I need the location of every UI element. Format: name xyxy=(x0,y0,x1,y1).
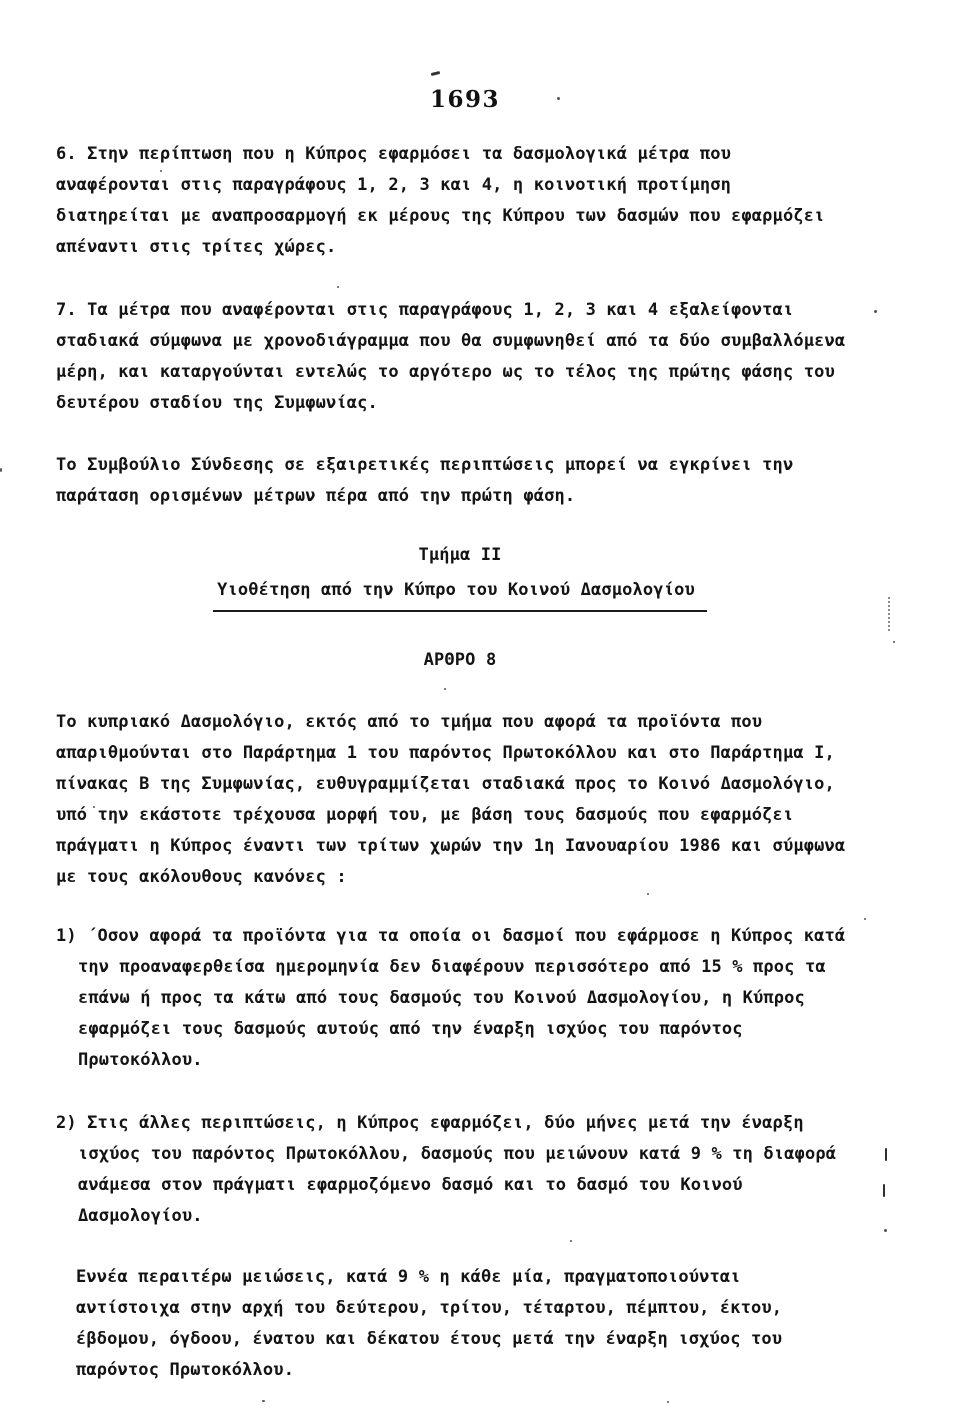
text-line: 7. Τα μέτρα που αναφέρονται στις παραγρά… xyxy=(56,295,845,326)
scan-speckle xyxy=(0,468,2,472)
text-line: πράγματι η Κύπρος έναντι των τρίτων χωρώ… xyxy=(56,831,845,862)
list-item-1: 1) ΄Οσον αφορά τα προϊόντα για τα οποία … xyxy=(56,921,845,1076)
text-line: παρόντος Πρωτοκόλλου. xyxy=(76,1355,782,1386)
article-intro-paragraph: Το κυπριακό Δασμολόγιο, εκτός από το τμή… xyxy=(56,707,845,893)
scan-speckle xyxy=(557,97,560,100)
section-subtitle: Υιοθέτηση από την Κύπρο του Κοινού Δασμο… xyxy=(0,575,920,612)
text-line: απέναντι στις τρίτες χώρες. xyxy=(56,232,824,263)
text-line: δευτέρου σταδίου της Συμφωνίας. xyxy=(56,388,845,419)
scan-dotted-line xyxy=(888,597,890,631)
section-title-text: Τμήμα II xyxy=(418,545,501,565)
text-line: επάνω ή προς τα κάτω από τους δασμούς το… xyxy=(78,983,845,1014)
paragraph-6: 6. Στην περίπτωση που η Κύπρος εφαρμόσει… xyxy=(56,139,824,263)
text-line: εφαρμόζει τους δασμούς αυτούς από την έν… xyxy=(78,1014,845,1045)
scan-tick-mark xyxy=(885,1148,887,1161)
scan-speckle xyxy=(444,688,446,690)
scan-speckle xyxy=(874,310,877,313)
text-line: την προαναφερθείσα ημερομηνία δεν διαφέρ… xyxy=(78,952,845,983)
article-heading-text: ΑΡΘΡΟ 8 xyxy=(424,650,497,670)
council-paragraph: Το Συμβούλιο Σύνδεσης σε εξαιρετικές περ… xyxy=(56,450,793,512)
text-line: παράταση ορισμένων μέτρων πέρα από την π… xyxy=(56,481,793,512)
scanned-document-page: 1693 6. Στην περίπτωση που η Κύπρος εφαρ… xyxy=(0,0,960,1413)
scan-speckle xyxy=(93,806,95,808)
section-title: Τμήμα II xyxy=(0,540,920,571)
text-line: υπό την εκάστοτε τρέχουσα μορφή του, με … xyxy=(56,800,845,831)
text-line: Το Συμβούλιο Σύνδεσης σε εξαιρετικές περ… xyxy=(56,450,793,481)
closing-paragraph: Εννέα περαιτέρω μειώσεις, κατά 9 % η κάθ… xyxy=(76,1262,782,1386)
scan-speckle xyxy=(337,286,339,288)
text-line: αντίστοιχα στην αρχή του δεύτερου, τρίτο… xyxy=(76,1293,782,1324)
text-line: με τους ακόλουθους κανόνες : xyxy=(56,862,845,893)
text-line: απαριθμούνται στο Παράρτημα 1 του παρόντ… xyxy=(56,738,845,769)
text-line: πίνακας Β της Συμφωνίας, ευθυγραμμίζεται… xyxy=(56,769,845,800)
section-subtitle-text: Υιοθέτηση από την Κύπρο του Κοινού Δασμο… xyxy=(213,575,707,612)
scan-speckle xyxy=(884,1229,887,1232)
scan-mark-dash xyxy=(431,71,440,76)
scan-speckle xyxy=(864,918,866,920)
scan-speckle xyxy=(262,1400,265,1402)
text-line: Το κυπριακό Δασμολόγιο, εκτός από το τμή… xyxy=(56,707,845,738)
text-line: μέρη, και καταργούνται εντελώς το αργότε… xyxy=(56,357,845,388)
scan-speckle xyxy=(570,1240,572,1242)
scan-speckle xyxy=(647,893,649,895)
text-line: Πρωτοκόλλου. xyxy=(78,1045,845,1076)
text-line: ανάμεσα στον πράγματι εφαρμοζόμενο δασμό… xyxy=(78,1170,836,1201)
text-line: Δασμολογίου. xyxy=(78,1201,836,1232)
text-line: Εννέα περαιτέρω μειώσεις, κατά 9 % η κάθ… xyxy=(76,1262,782,1293)
paragraph-7: 7. Τα μέτρα που αναφέρονται στις παραγρά… xyxy=(56,295,845,419)
page-number: 1693 xyxy=(0,86,930,113)
scan-speckle xyxy=(160,170,162,172)
text-line: σταδιακά σύμφωνα με χρονοδιάγραμμα που θ… xyxy=(56,326,845,357)
article-heading: ΑΡΘΡΟ 8 xyxy=(0,645,920,676)
text-line: αναφέρονται στις παραγράφους 1, 2, 3 και… xyxy=(56,170,824,201)
scan-tick-mark xyxy=(883,1184,885,1197)
text-line: ισχύος του παρόντος Πρωτοκόλλου, δασμούς… xyxy=(78,1139,836,1170)
text-line: 2) Στις άλλες περιπτώσεις, η Κύπρος εφαρ… xyxy=(56,1108,836,1139)
text-line: 6. Στην περίπτωση που η Κύπρος εφαρμόσει… xyxy=(56,139,824,170)
scan-speckle xyxy=(893,641,895,643)
list-item-2: 2) Στις άλλες περιπτώσεις, η Κύπρος εφαρ… xyxy=(56,1108,836,1232)
scan-speckle xyxy=(667,1401,669,1403)
text-line: 1) ΄Οσον αφορά τα προϊόντα για τα οποία … xyxy=(56,921,845,952)
text-line: διατηρείται με αναπροσαρμογή εκ μέρους τ… xyxy=(56,201,824,232)
text-line: έβδομου, όγδοου, ένατου και δέκατου έτου… xyxy=(76,1324,782,1355)
